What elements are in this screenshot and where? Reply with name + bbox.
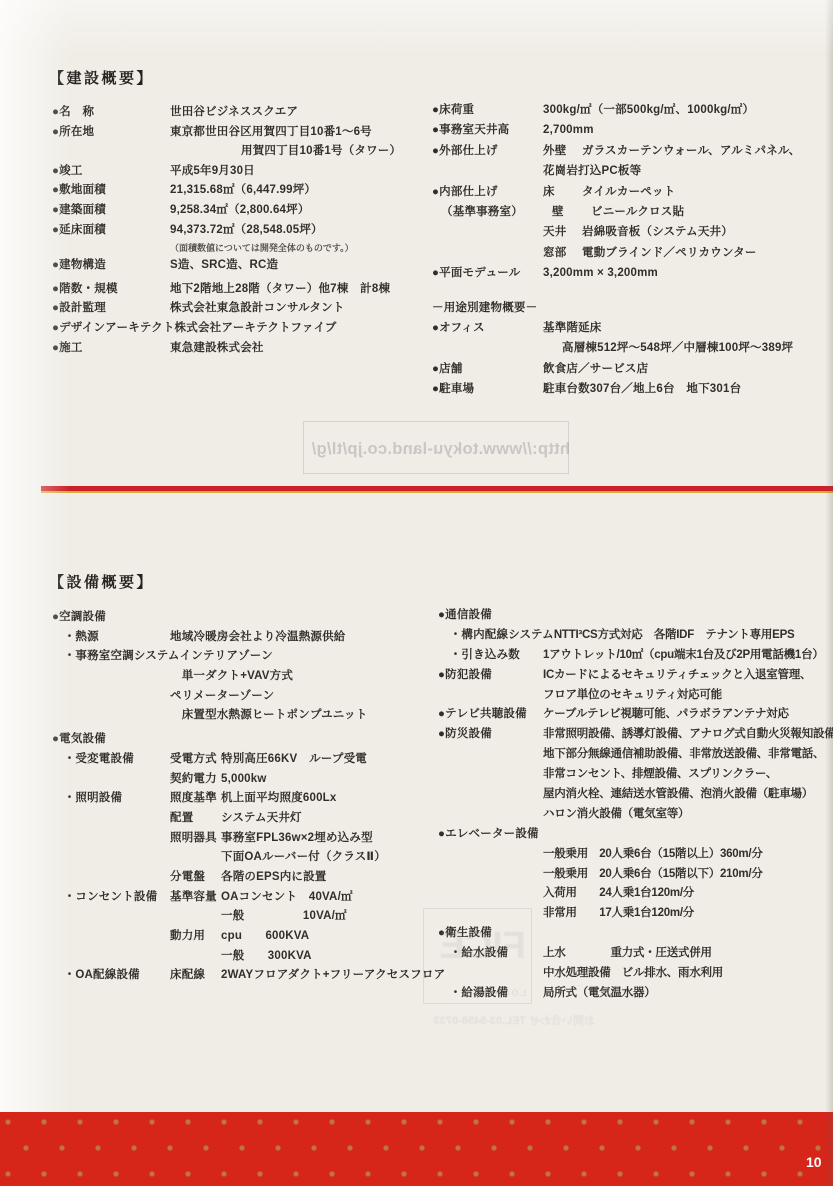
spec-label: ●設計監理 [52, 302, 170, 315]
spec-key: 天井 [543, 226, 582, 239]
spec-value: cpu 600KVA [221, 930, 434, 943]
spec-label: ・構内配線システム [438, 629, 554, 642]
spec-value: 一般乗用 20人乗6台（15階以下）210m/分 [543, 868, 832, 881]
spec-key: 動力用 [170, 930, 221, 943]
spec-row: ●所在地東京都世田谷区用賀四丁目10番1～6号 [52, 126, 427, 146]
spec-label: ●通信設備 [438, 609, 543, 622]
spec-label: ・給湯設備 [438, 987, 543, 1000]
spec-row: ●店舗飲食店／サービス店 [432, 363, 830, 383]
spec-value: 平成5年9月30日 [170, 165, 427, 178]
spec-value: 300kg/㎡（一部500kg/㎡、1000kg/㎡） [543, 104, 830, 117]
spec-label: ●内部仕上げ [432, 186, 543, 199]
spec-value: NTTI³CS方式対応 各階IDF テナント専用EPS [554, 629, 832, 642]
spec-row: 非常コンセント、排煙設備、スプリンクラー、 [438, 768, 832, 788]
spec-row: 下面OAルーバー付（クラスⅡ） [52, 851, 434, 871]
spec-value: 上水 重力式・圧送式併用 [543, 947, 832, 960]
spec-row: 窓部電動ブラインド／ペリカウンター [432, 247, 830, 267]
spec-key: 照明器具 [170, 832, 221, 845]
spec-row: （基準事務室）壁ビニールクロス貼 [432, 206, 830, 226]
spec-value: 屋内消火栓、連結送水管設備、泡消火設備（駐車場） [543, 788, 832, 801]
section-divider [41, 486, 833, 493]
spec-label: ●竣工 [52, 165, 170, 178]
spec-key: 受電方式 [170, 753, 221, 766]
spec-label: ・OA配線設備 [52, 969, 170, 982]
spec-value: 電動ブラインド／ペリカウンター [582, 247, 830, 260]
spec-row: ・熱源地域冷暖房会社より冷温熱源供給 [52, 631, 434, 651]
construction-right-column: ●床荷重300kg/㎡（一部500kg/㎡、1000kg/㎡）●事務室天井高2,… [432, 104, 830, 403]
spec-row: ●デザインアーキテクト株式会社アーキテクトファイブ [52, 322, 427, 342]
spec-value: 飲食店／サービス店 [543, 363, 830, 376]
spec-row: ●敷地面積21,315.68㎡（6,447.99坪） [52, 184, 427, 204]
spec-label: ●建築面積 [52, 204, 170, 217]
spec-value: 入荷用 24人乗1台120m/分 [543, 887, 832, 900]
spec-label: ●施工 [52, 342, 170, 355]
spec-label: ●延床面積 [52, 224, 170, 237]
spec-value: 局所式（電気温水器） [543, 987, 832, 1000]
spec-value: 3,200mm × 3,200mm [543, 267, 830, 280]
spec-label: ●デザインアーキテクト [52, 322, 175, 335]
spec-label: ●防犯設備 [438, 669, 543, 682]
show-through-url: http://www.tokyu-land.co.jp/tl/g/ [312, 440, 570, 459]
spec-value: 2WAYフロアダクト+フリーアクセスフロア [221, 969, 445, 982]
spec-value: 下面OAルーバー付（クラスⅡ） [221, 851, 434, 864]
spec-row: ●名 称世田谷ビジネススクエア [52, 106, 427, 126]
spec-row: 入荷用 24人乗1台120m/分 [438, 887, 832, 907]
spec-key: 床配線 [170, 969, 221, 982]
spec-row: 配置システム天井灯 [52, 812, 434, 832]
spec-row: 一般 300KVA [52, 950, 434, 970]
spec-row: ●防犯設備ICカードによるセキュリティチェックと入退室管理、 [438, 669, 832, 689]
spec-row: ・コンセント設備基準容量OAコンセント 40VA/㎡ [52, 891, 434, 911]
spec-label: ●防災設備 [438, 728, 543, 741]
spec-value: 地域冷暖房会社より冷温熱源供給 [170, 631, 434, 644]
spec-row: ・給湯設備局所式（電気温水器） [438, 987, 832, 1007]
equipment-section-title: 【設備概要】 [49, 571, 154, 592]
spec-key: 外壁 [543, 145, 582, 158]
spec-value: 机上面平均照度600Lx [221, 792, 434, 805]
spec-value: タイルカーペット [582, 186, 830, 199]
spec-value: （面積数値については開発全体のものです。） [170, 243, 427, 253]
spec-value: 非常用 17人乗1台120m/分 [543, 907, 832, 920]
spec-row: ・受変電設備受電方式特別高圧66KV ループ受電 [52, 753, 434, 773]
spec-row: ●衛生設備 [438, 927, 832, 947]
scanned-page: 【建設概要】 ●名 称世田谷ビジネススクエア●所在地東京都世田谷区用賀四丁目10… [0, 0, 833, 1186]
spec-row: ●事務室天井高2,700mm [432, 124, 830, 144]
spec-value: 株式会社アーキテクトファイブ [175, 322, 427, 335]
spec-row: 契約電力5,000kw [52, 773, 434, 793]
spec-row: ●階数・規模地下2階地上28階（タワー）他7棟 計8棟 [52, 283, 427, 303]
spec-value: 事務室FPL36w×2埋め込み型 [221, 832, 434, 845]
spec-row: ・照明設備照度基準机上面平均照度600Lx [52, 792, 434, 812]
spec-label: ●エレベーター設備 [438, 828, 543, 841]
spec-label: ●階数・規模 [52, 283, 170, 296]
spec-row: ●内部仕上げ床タイルカーペット [432, 186, 830, 206]
spec-label: ●衛生設備 [438, 927, 543, 940]
spec-key: 壁 [552, 206, 591, 219]
spec-key: 分電盤 [170, 871, 221, 884]
spec-value: OAコンセント 40VA/㎡ [221, 891, 434, 904]
spec-label: ・引き込み数 [438, 649, 543, 662]
spec-row: 非常用 17人乗1台120m/分 [438, 907, 832, 927]
spec-row: ・引き込み数1アウトレット/10㎡（cpu端末1台及び2P用電話機1台） [438, 649, 832, 669]
spec-row: ●テレビ共聴設備ケーブルテレビ視聴可能、パラボラアンテナ対応 [438, 708, 832, 728]
construction-section-title: 【建設概要】 [49, 67, 154, 88]
page-number: 10 [806, 1154, 822, 1170]
spec-row: ●通信設備 [438, 609, 832, 629]
spec-label: ●平面モデュール [432, 267, 543, 280]
show-through-tel: お問い合わせ TEL.03-5458-0733 [420, 1012, 595, 1028]
spec-value: ICカードによるセキュリティチェックと入退室管理、 [543, 669, 832, 682]
spec-label: ・熱源 [52, 631, 170, 644]
spec-value: ケーブルテレビ視聴可能、パラボラアンテナ対応 [543, 708, 832, 721]
spec-value: 非常照明設備、誘導灯設備、アナログ式自動火災報知設備、 [543, 728, 833, 741]
spec-value: 21,315.68㎡（6,447.99坪） [170, 184, 427, 197]
spec-value: 非常コンセント、排煙設備、スプリンクラー、 [543, 768, 832, 781]
spec-row: ペリメーターゾーン [52, 690, 434, 710]
spec-value: 株式会社東急設計コンサルタント [170, 302, 427, 315]
spec-value: 1アウトレット/10㎡（cpu端末1台及び2P用電話機1台） [543, 649, 832, 662]
footer-band [0, 1112, 833, 1186]
spec-row: ●平面モデュール3,200mm × 3,200mm [432, 267, 830, 287]
spec-row: ●延床面積94,373.72㎡（28,548.05坪） [52, 224, 427, 244]
spec-key: 照度基準 [170, 792, 221, 805]
scan-edge-top [0, 0, 833, 55]
spec-label: ●敷地面積 [52, 184, 170, 197]
spec-value: 単一ダクト+VAV方式 [170, 670, 434, 683]
spec-value: 東京都世田谷区用賀四丁目10番1～6号 [170, 126, 427, 139]
construction-left-column: ●名 称世田谷ビジネススクエア●所在地東京都世田谷区用賀四丁目10番1～6号用賀… [52, 106, 427, 361]
spec-row: フロア単位のセキュリティ対応可能 [438, 689, 832, 709]
spec-value: 駐車台数307台／地上6台 地下301台 [543, 383, 830, 396]
spec-value: 地下部分無線通信補助設備、非常放送設備、非常電話、 [543, 748, 832, 761]
spec-value: 特別高圧66KV ループ受電 [221, 753, 434, 766]
spec-row: ●駐車場駐車台数307台／地上6台 地下301台 [432, 383, 830, 403]
spec-label: ●建物構造 [52, 259, 170, 272]
spec-row: ●空調設備 [52, 611, 434, 631]
spec-row: 天井岩綿吸音板（システム天井） [432, 226, 830, 246]
spec-label: ・受変電設備 [52, 753, 170, 766]
spec-row: ●エレベーター設備 [438, 828, 832, 848]
spec-value: システム天井灯 [221, 812, 434, 825]
spec-key: 配置 [170, 812, 221, 825]
spec-row: ●竣工平成5年9月30日 [52, 165, 427, 185]
spec-row: 屋内消火栓、連結送水管設備、泡消火設備（駐車場） [438, 788, 832, 808]
spec-value: 東急建設株式会社 [170, 342, 427, 355]
spec-label: ●空調設備 [52, 611, 170, 624]
spec-value: フロア単位のセキュリティ対応可能 [543, 689, 832, 702]
spec-value: 用賀四丁目10番1号（タワー） [170, 145, 427, 158]
spec-key: 契約電力 [170, 773, 221, 786]
spec-label: ・コンセント設備 [52, 891, 170, 904]
spec-row: 一般 10VA/㎡ [52, 910, 434, 930]
spec-value: 床置型水熱源ヒートポンプユニット [170, 709, 434, 722]
spec-row: 用賀四丁目10番1号（タワー） [52, 145, 427, 165]
spec-label: ●床荷重 [432, 104, 543, 117]
spec-label: ●名 称 [52, 106, 170, 119]
spec-value: 高層棟512坪～548坪／中層棟100坪～389坪 [543, 342, 830, 355]
spec-value: ハロン消火設備（電気室等） [543, 808, 832, 821]
show-through-box [303, 421, 569, 474]
spec-label: ・給水設備 [438, 947, 543, 960]
spec-row: 一般乗用 20人乗6台（15階以下）210m/分 [438, 868, 832, 888]
spec-row: 分電盤各階のEPS内に設置 [52, 871, 434, 891]
spec-row: ●床荷重300kg/㎡（一部500kg/㎡、1000kg/㎡） [432, 104, 830, 124]
spec-key: 基準容量 [170, 891, 221, 904]
spec-value: 中水処理設備 ビル排水、雨水利用 [543, 967, 832, 980]
spec-value: 5,000kw [221, 773, 434, 786]
spec-label: （基準事務室） [432, 206, 552, 219]
spec-row: ●設計監理株式会社東急設計コンサルタント [52, 302, 427, 322]
spec-row: ハロン消火設備（電気室等） [438, 808, 832, 828]
spec-value: 岩綿吸音板（システム天井） [582, 226, 830, 239]
spec-value: 地下2階地上28階（タワー）他7棟 計8棟 [170, 283, 427, 296]
spec-row: ・OA配線設備床配線2WAYフロアダクト+フリーアクセスフロア [52, 969, 434, 989]
spec-label: ●オフィス [432, 322, 543, 335]
spec-row: ・事務室空調システムインテリアゾーン [52, 650, 434, 670]
spec-value: 一般 10VA/㎡ [221, 910, 434, 923]
spec-label: ●所在地 [52, 126, 170, 139]
spec-label: －用途別建物概要－ [432, 302, 543, 315]
spec-row: ・給水設備上水 重力式・圧送式併用 [438, 947, 832, 967]
spec-row: ・構内配線システムNTTI³CS方式対応 各階IDF テナント専用EPS [438, 629, 832, 649]
spec-row: 中水処理設備 ビル排水、雨水利用 [438, 967, 832, 987]
equipment-right-column: ●通信設備 ・構内配線システムNTTI³CS方式対応 各階IDF テナント専用E… [438, 609, 832, 1007]
spec-value: ガラスカーテンウォール、アルミパネル、 [582, 145, 830, 158]
spec-value: 花崗岩打込PC板等 [543, 165, 830, 178]
spec-key: 床 [543, 186, 582, 199]
spec-key: 窓部 [543, 247, 582, 260]
spec-row: 単一ダクト+VAV方式 [52, 670, 434, 690]
spec-value: ペリメーターゾーン [170, 690, 434, 703]
spec-row: 地下部分無線通信補助設備、非常放送設備、非常電話、 [438, 748, 832, 768]
spec-label: ・照明設備 [52, 792, 170, 805]
equipment-left-column: ●空調設備 ・熱源地域冷暖房会社より冷温熱源供給 ・事務室空調システムインテリア… [52, 611, 434, 989]
spec-value: 世田谷ビジネススクエア [170, 106, 427, 119]
spec-label: ●外部仕上げ [432, 145, 543, 158]
spec-label: ●駐車場 [432, 383, 543, 396]
spec-row: ●防災設備非常照明設備、誘導灯設備、アナログ式自動火災報知設備、 [438, 728, 832, 748]
spec-label: ●電気設備 [52, 733, 170, 746]
spec-row: 動力用cpu 600KVA [52, 930, 434, 950]
spec-row: ●建築面積9,258.34㎡（2,800.64坪） [52, 204, 427, 224]
spec-label: ●テレビ共聴設備 [438, 708, 543, 721]
spec-value: インテリアゾーン [180, 650, 434, 663]
spec-value: 一般乗用 20人乗6台（15階以上）360m/分 [543, 848, 832, 861]
spec-label: ●事務室天井高 [432, 124, 543, 137]
spec-value: ビニールクロス貼 [591, 206, 830, 219]
spec-row: 一般乗用 20人乗6台（15階以上）360m/分 [438, 848, 832, 868]
spec-row: （面積数値については開発全体のものです。） [52, 243, 427, 259]
spec-row: －用途別建物概要－ [432, 302, 830, 322]
spec-row: 高層棟512坪～548坪／中層棟100坪～389坪 [432, 342, 830, 362]
spec-row: 照明器具事務室FPL36w×2埋め込み型 [52, 832, 434, 852]
spec-row: ●施工東急建設株式会社 [52, 342, 427, 362]
spec-row: ●電気設備 [52, 733, 434, 753]
spec-value: 94,373.72㎡（28,548.05坪） [170, 224, 427, 237]
spec-value: 基準階延床 [543, 322, 830, 335]
spec-row: ●外部仕上げ外壁ガラスカーテンウォール、アルミパネル、 [432, 145, 830, 165]
spec-row: 花崗岩打込PC板等 [432, 165, 830, 185]
spec-row: 床置型水熱源ヒートポンプユニット [52, 709, 434, 729]
spec-value: 一般 300KVA [221, 950, 434, 963]
spec-label: ・事務室空調システム [52, 650, 180, 663]
spec-value: 9,258.34㎡（2,800.64坪） [170, 204, 427, 217]
spec-row: ●オフィス基準階延床 [432, 322, 830, 342]
spec-label: ●店舗 [432, 363, 543, 376]
spec-value: 2,700mm [543, 124, 830, 137]
spec-value: S造、SRC造、RC造 [170, 259, 427, 272]
spec-value: 各階のEPS内に設置 [221, 871, 434, 884]
spec-row: ●建物構造S造、SRC造、RC造 [52, 259, 427, 279]
